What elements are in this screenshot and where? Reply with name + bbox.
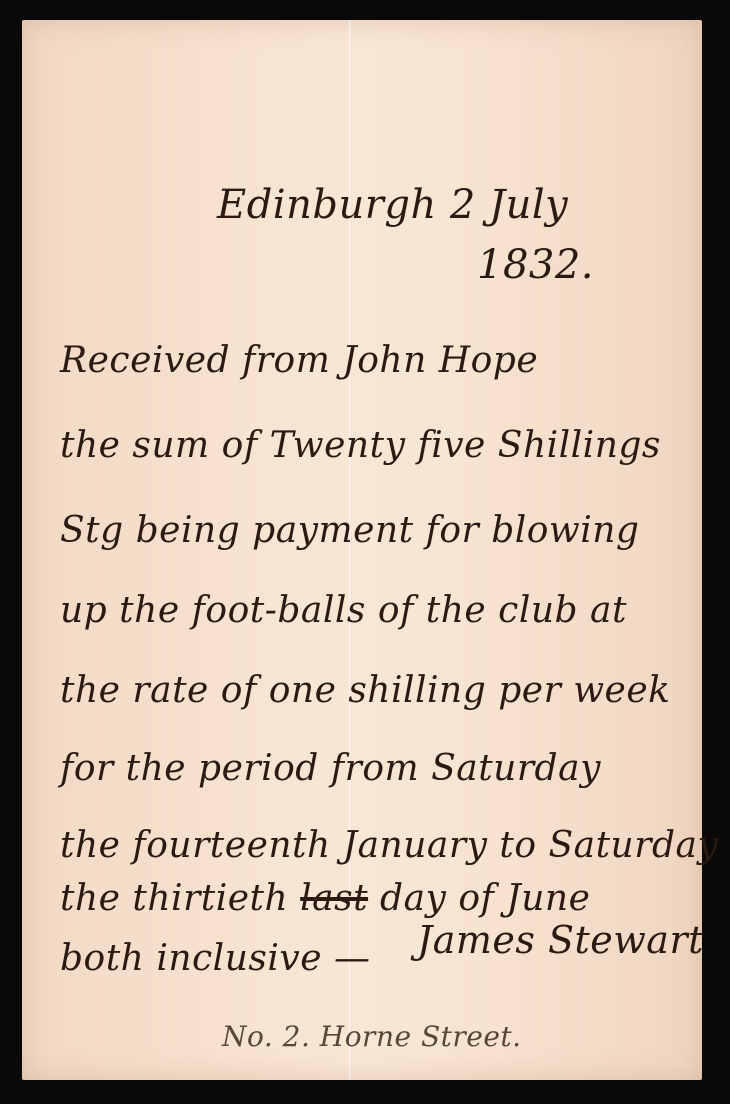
struck-word: last <box>300 878 368 919</box>
place-date: Edinburgh 2 July <box>217 182 568 228</box>
receipt-line-7: the fourteenth January to Saturday <box>60 825 718 866</box>
letter-paper: Edinburgh 2 July 1832. Received from Joh… <box>22 20 702 1080</box>
receipt-line-2: the sum of Twenty five Shillings <box>60 425 661 466</box>
line-8-start: the thirtieth <box>60 878 288 919</box>
receipt-line-5: the rate of one shilling per week <box>60 670 670 711</box>
receipt-line-1: Received from John Hope <box>60 340 538 381</box>
line-8-end: day of June <box>380 878 590 919</box>
receipt-line-4: up the foot-balls of the club at <box>60 590 627 631</box>
signature: James Stewart <box>417 918 704 962</box>
address: No. 2. Horne Street. <box>222 1020 522 1053</box>
receipt-line-8: the thirtieth last day of June <box>60 878 590 919</box>
receipt-line-3: Stg being payment for blowing <box>60 510 639 551</box>
receipt-line-9: both inclusive — <box>60 938 370 979</box>
receipt-line-6: for the period from Saturday <box>60 748 601 789</box>
year: 1832. <box>477 242 594 288</box>
